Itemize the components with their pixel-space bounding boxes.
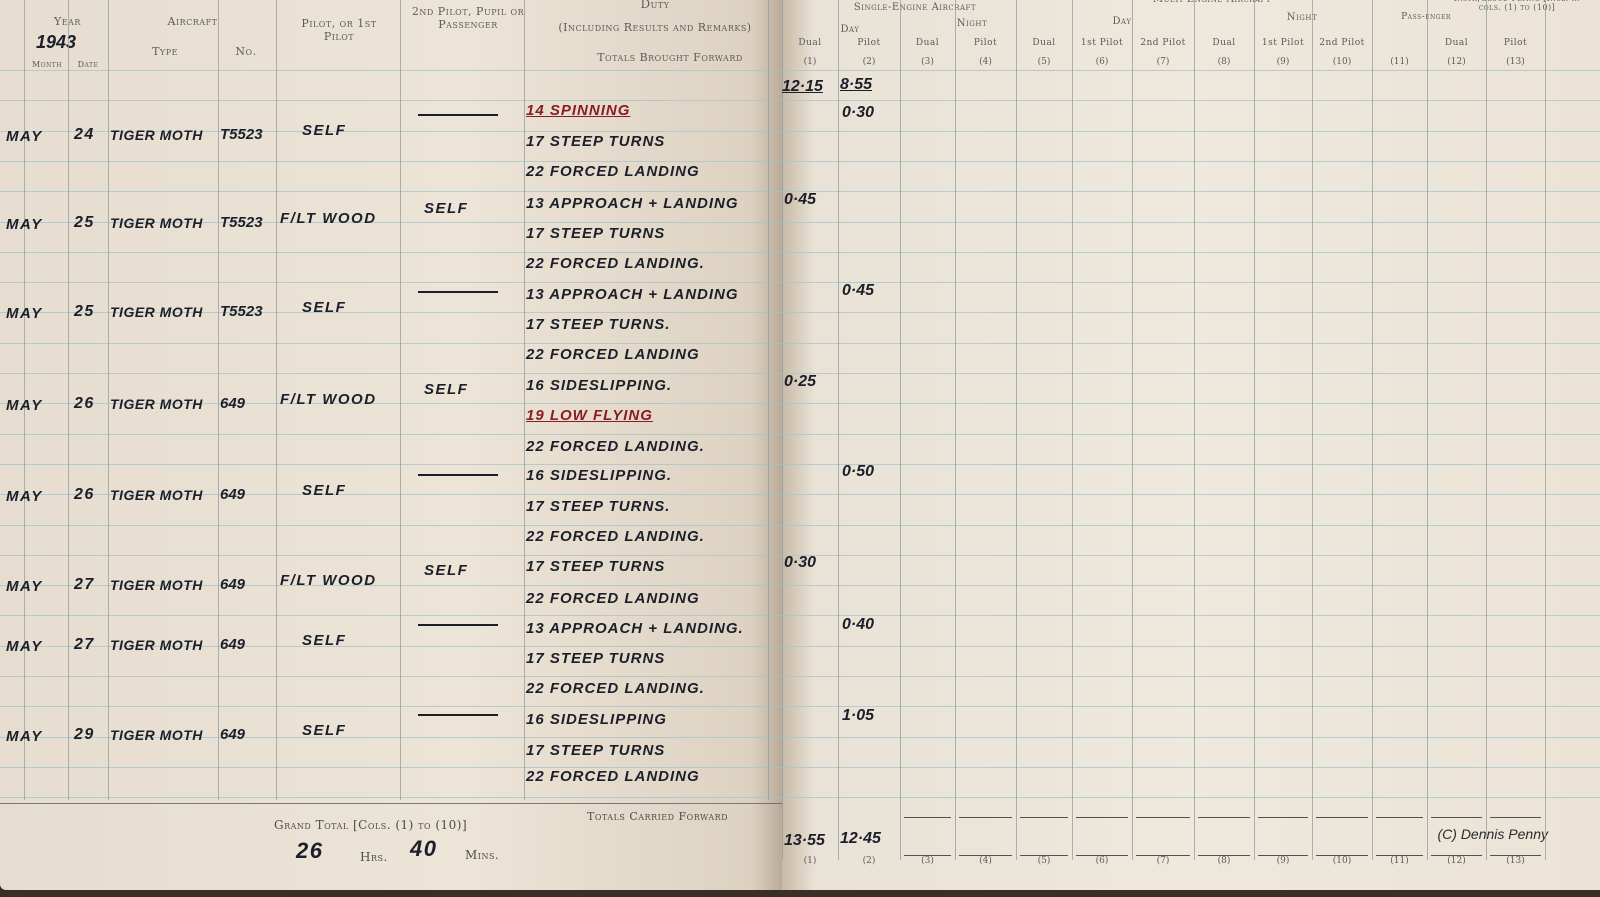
second-pilot-header: 2nd Pilot, Pupil or Passenger	[404, 6, 532, 31]
column-number-footer: (10)	[1312, 856, 1372, 866]
entry-second-pilot-dash	[418, 714, 498, 716]
entry-aircraft-type: TIGER MOTH	[110, 304, 203, 320]
column-rule	[768, 0, 769, 800]
total-line	[1376, 817, 1423, 818]
column-header: Dual	[782, 38, 838, 48]
entry-aircraft-no: 649	[220, 486, 245, 503]
ruled-line	[782, 191, 1600, 192]
ruled-line	[782, 282, 1600, 283]
ruled-line	[782, 131, 1600, 132]
ruled-line	[782, 494, 1600, 495]
column-rule	[1312, 0, 1313, 860]
total-line	[904, 855, 951, 856]
column-header: 1st Pilot	[1072, 38, 1132, 48]
total-line	[959, 855, 1012, 856]
grand-total-label: Grand Total [Cols. (1) to (10)]	[274, 818, 467, 832]
column-number: (4)	[955, 57, 1016, 67]
column-number-footer: (3)	[900, 856, 955, 866]
entry-second-pilot: SELF	[424, 381, 468, 398]
entry-duty: 16 SIDESLIPPING.	[526, 377, 672, 394]
carried-forward-dual: 13·55	[784, 832, 825, 850]
brought-forward-pilot: 8·55	[840, 76, 872, 94]
total-line	[1316, 855, 1368, 856]
ruled-line	[782, 434, 1600, 435]
total-line	[904, 817, 951, 818]
ruled-line	[782, 555, 1600, 556]
column-header: Pilot	[1486, 38, 1545, 48]
entry-duty: 22 FORCED LANDING	[526, 590, 700, 607]
ruled-line-bottom	[0, 803, 782, 804]
ruled-line	[0, 555, 782, 556]
column-number-footer: (5)	[1016, 856, 1072, 866]
column-header: Pilot	[838, 38, 900, 48]
ruled-line	[782, 615, 1600, 616]
column-rule	[1194, 0, 1195, 860]
entry-duty: 16 SIDESLIPPING	[526, 711, 667, 728]
ruled-line	[782, 585, 1600, 586]
entry-duty: 17 STEEP TURNS	[526, 225, 665, 242]
entry-duty: 17 STEEP TURNS	[526, 558, 665, 575]
column-number-footer: (13)	[1486, 856, 1545, 866]
ruled-line	[782, 373, 1600, 374]
hrs-label: Hrs.	[360, 850, 388, 864]
entry-duty: 22 FORCED LANDING.	[526, 438, 705, 455]
total-line	[959, 817, 1012, 818]
totals-brought-forward-label: Totals Brought Forward	[555, 52, 782, 65]
column-number: (9)	[1254, 57, 1312, 67]
column-number: (13)	[1486, 57, 1545, 67]
multi-engine-header: Multi-Engine Aircraft	[1032, 0, 1392, 6]
column-number: (11)	[1372, 57, 1427, 67]
entry-duty: 19 LOW FLYING	[526, 407, 653, 424]
entry-pilot: F/LT WOOD	[280, 572, 377, 589]
entry-date: 27	[74, 576, 95, 594]
column-rule	[900, 0, 901, 860]
entry-date: 26	[74, 395, 95, 413]
brought-forward-dual: 12·15	[782, 78, 823, 96]
date-header: Date	[68, 60, 108, 69]
column-number: (12)	[1427, 57, 1486, 67]
entry-month: MAY	[6, 578, 43, 595]
entry-pilot-time: 0·40	[842, 616, 874, 634]
multi-day-header: Day	[1032, 16, 1212, 28]
column-number: (6)	[1072, 57, 1132, 67]
total-line	[1490, 855, 1541, 856]
year-value: 1943	[36, 32, 76, 53]
entry-aircraft-no: 649	[220, 576, 245, 593]
column-rule	[524, 0, 525, 800]
column-rule	[400, 0, 401, 800]
column-number-footer: (6)	[1072, 856, 1132, 866]
column-number: (10)	[1312, 57, 1372, 67]
entry-pilot: SELF	[302, 122, 346, 139]
column-rule	[782, 0, 783, 860]
entry-aircraft-type: TIGER MOTH	[110, 127, 203, 143]
entry-duty: 22 FORCED LANDING	[526, 346, 700, 363]
total-line	[1258, 855, 1308, 856]
month-header: Month	[26, 60, 68, 69]
copyright-watermark: (C) Dennis Penny	[1438, 826, 1549, 842]
column-rule	[955, 0, 956, 860]
entry-month: MAY	[6, 216, 43, 233]
column-rule	[1132, 0, 1133, 860]
entry-duty: 13 APPROACH + LANDING.	[526, 620, 744, 637]
entry-pilot: SELF	[302, 722, 346, 739]
column-number-footer: (1)	[782, 856, 838, 866]
single-day-header: Day	[800, 24, 900, 36]
entry-duty: 14 SPINNING	[526, 102, 630, 119]
column-number: (2)	[838, 57, 900, 67]
entry-date: 26	[74, 486, 95, 504]
column-rule	[1072, 0, 1073, 860]
column-number-footer: (7)	[1132, 856, 1194, 866]
entry-aircraft-type: TIGER MOTH	[110, 215, 203, 231]
ruled-line	[782, 403, 1600, 404]
duty-subheader: (Including Results and Remarks)	[530, 22, 780, 35]
ruled-line	[0, 525, 782, 526]
single-engine-header: Single-Engine Aircraft	[800, 2, 1030, 14]
entry-month: MAY	[6, 305, 43, 322]
entry-aircraft-no: T5523	[220, 126, 263, 143]
entry-second-pilot: SELF	[424, 562, 468, 579]
entry-pilot: SELF	[302, 632, 346, 649]
column-number: (8)	[1194, 57, 1254, 67]
entry-second-pilot-dash	[418, 624, 498, 626]
entry-second-pilot-dash	[418, 291, 498, 293]
ruled-line	[782, 737, 1600, 738]
column-rule	[108, 0, 109, 800]
entry-date: 24	[74, 126, 95, 144]
carried-forward-pilot: 12·45	[840, 830, 881, 848]
column-number-footer: (11)	[1372, 856, 1427, 866]
total-line	[1198, 817, 1250, 818]
column-number-footer: (9)	[1254, 856, 1312, 866]
entry-duty: 22 FORCED LANDING	[526, 768, 700, 785]
entry-aircraft-no: 649	[220, 636, 245, 653]
grand-total-hours: 26	[296, 838, 323, 864]
entry-duty: 17 STEEP TURNS.	[526, 498, 670, 515]
column-rule	[1545, 0, 1546, 860]
column-header: Pilot	[955, 38, 1016, 48]
total-line	[1198, 855, 1250, 856]
entry-pilot-time: 0·30	[842, 104, 874, 122]
entry-pilot: SELF	[302, 299, 346, 316]
ruled-line	[782, 100, 1600, 101]
column-number-footer: (2)	[838, 856, 900, 866]
column-number: (5)	[1016, 57, 1072, 67]
entry-duty: 13 APPROACH + LANDING	[526, 195, 739, 212]
ruled-line	[0, 343, 782, 344]
column-number: (3)	[900, 57, 955, 67]
entry-aircraft-no: T5523	[220, 214, 263, 231]
ruled-line	[782, 312, 1600, 313]
entry-duty: 22 FORCED LANDING.	[526, 680, 705, 697]
aircraft-header: Aircraft	[110, 16, 275, 29]
column-rule	[276, 0, 277, 800]
multi-night-header: Night	[1212, 12, 1392, 24]
total-line	[1316, 817, 1368, 818]
entry-date: 25	[74, 214, 95, 232]
ruled-line	[0, 252, 782, 253]
entry-duty: 22 FORCED LANDING.	[526, 528, 705, 545]
entry-dual-time: 0·30	[784, 554, 816, 572]
ruled-line	[782, 222, 1600, 223]
entry-second-pilot-dash	[418, 114, 498, 116]
entry-duty: 17 STEEP TURNS.	[526, 316, 670, 333]
passenger-header: Pass-enger	[1400, 12, 1452, 22]
entry-month: MAY	[6, 397, 43, 414]
ruled-line	[782, 161, 1600, 162]
entry-duty: 22 FORCED LANDING.	[526, 255, 705, 272]
total-line	[1076, 855, 1128, 856]
left-page: Year 1943 Month Date Aircraft Type No. P…	[0, 0, 782, 890]
totals-carried-forward-label: Totals Carried Forward	[587, 810, 728, 823]
column-number: (1)	[782, 57, 838, 67]
mins-label: Mins.	[465, 848, 499, 862]
entry-duty: 13 APPROACH + LANDING	[526, 286, 739, 303]
total-line	[1376, 855, 1423, 856]
ruled-line	[782, 252, 1600, 253]
entry-date: 29	[74, 726, 95, 744]
entry-pilot: SELF	[302, 482, 346, 499]
entry-month: MAY	[6, 638, 43, 655]
entry-dual-time: 0·25	[784, 373, 816, 391]
ruled-line	[0, 100, 782, 101]
total-line	[1431, 817, 1482, 818]
column-rule	[1016, 0, 1017, 860]
right-page: Single-Engine Aircraft Day Night Multi-E…	[782, 0, 1600, 890]
entry-aircraft-type: TIGER MOTH	[110, 487, 203, 503]
column-rule	[1254, 0, 1255, 860]
column-header: 1st Pilot	[1254, 38, 1312, 48]
entry-date: 27	[74, 636, 95, 654]
entry-second-pilot: SELF	[424, 200, 468, 217]
column-rule	[1427, 0, 1428, 860]
pilot-header: Pilot, or 1st Pilot	[290, 18, 388, 43]
entry-month: MAY	[6, 128, 43, 145]
ruled-line	[0, 191, 782, 192]
ruled-line	[0, 676, 782, 677]
column-header: Dual	[1016, 38, 1072, 48]
entry-duty: 17 STEEP TURNS	[526, 650, 665, 667]
total-line	[1258, 817, 1308, 818]
column-number: (7)	[1132, 57, 1194, 67]
grand-total-minutes: 40	[410, 836, 437, 862]
total-line	[1136, 855, 1190, 856]
column-number-footer: (8)	[1194, 856, 1254, 866]
entry-aircraft-no: T5523	[220, 303, 263, 320]
entry-second-pilot-dash	[418, 474, 498, 476]
entry-pilot-time: 1·05	[842, 707, 874, 725]
total-line	[1431, 855, 1482, 856]
column-rule	[68, 0, 69, 800]
entry-pilot-time: 0·45	[842, 282, 874, 300]
duty-header: Duty	[530, 0, 780, 12]
column-header: Dual	[1194, 38, 1254, 48]
entry-dual-time: 0·45	[784, 191, 816, 209]
entry-duty: 22 FORCED LANDING	[526, 163, 700, 180]
total-line	[1020, 817, 1068, 818]
entry-pilot: F/LT WOOD	[280, 391, 377, 408]
ruled-line	[782, 767, 1600, 768]
single-night-header: Night	[912, 18, 1032, 30]
ruled-line	[782, 676, 1600, 677]
total-line	[1490, 817, 1541, 818]
ruled-line	[782, 646, 1600, 647]
ruled-line	[0, 464, 782, 465]
column-number-footer: (12)	[1427, 856, 1486, 866]
ruled-line	[0, 706, 782, 707]
entry-aircraft-no: 649	[220, 395, 245, 412]
column-rule	[218, 0, 219, 800]
type-header: Type	[110, 46, 220, 59]
ruled-line	[782, 70, 1600, 71]
ruled-line	[782, 797, 1600, 798]
column-header: Dual	[900, 38, 955, 48]
ruled-line	[0, 797, 782, 798]
total-line	[1076, 817, 1128, 818]
column-header: 2nd Pilot	[1132, 38, 1194, 48]
instrument-flying-header: Insth/Cloud Flying [Incl. in cols. (1) t…	[1452, 0, 1582, 12]
total-line	[1136, 817, 1190, 818]
ruled-line	[0, 161, 782, 162]
ruled-line	[0, 282, 782, 283]
column-header: 2nd Pilot	[1312, 38, 1372, 48]
entry-month: MAY	[6, 488, 43, 505]
logbook-spread: Year 1943 Month Date Aircraft Type No. P…	[0, 0, 1600, 897]
entry-aircraft-type: TIGER MOTH	[110, 637, 203, 653]
total-line	[1020, 855, 1068, 856]
ruled-line	[0, 615, 782, 616]
entry-duty: 17 STEEP TURNS	[526, 133, 665, 150]
column-rule	[1372, 0, 1373, 860]
ruled-line	[782, 464, 1600, 465]
entry-aircraft-type: TIGER MOTH	[110, 396, 203, 412]
column-rule	[1486, 0, 1487, 860]
ruled-line	[782, 706, 1600, 707]
entry-date: 25	[74, 303, 95, 321]
entry-pilot-time: 0·50	[842, 463, 874, 481]
column-number-footer: (4)	[955, 856, 1016, 866]
entry-pilot: F/LT WOOD	[280, 210, 377, 227]
entry-aircraft-type: TIGER MOTH	[110, 577, 203, 593]
entry-duty: 16 SIDESLIPPING.	[526, 467, 672, 484]
ruled-line	[782, 525, 1600, 526]
ruled-line	[782, 343, 1600, 344]
ruled-line	[0, 70, 782, 71]
ruled-line	[0, 434, 782, 435]
ruled-line	[0, 373, 782, 374]
entry-month: MAY	[6, 728, 43, 745]
entry-aircraft-no: 649	[220, 726, 245, 743]
no-header: No.	[218, 46, 274, 59]
entry-duty: 17 STEEP TURNS	[526, 742, 665, 759]
column-header: Dual	[1427, 38, 1486, 48]
entry-aircraft-type: TIGER MOTH	[110, 727, 203, 743]
column-rule	[838, 0, 839, 860]
